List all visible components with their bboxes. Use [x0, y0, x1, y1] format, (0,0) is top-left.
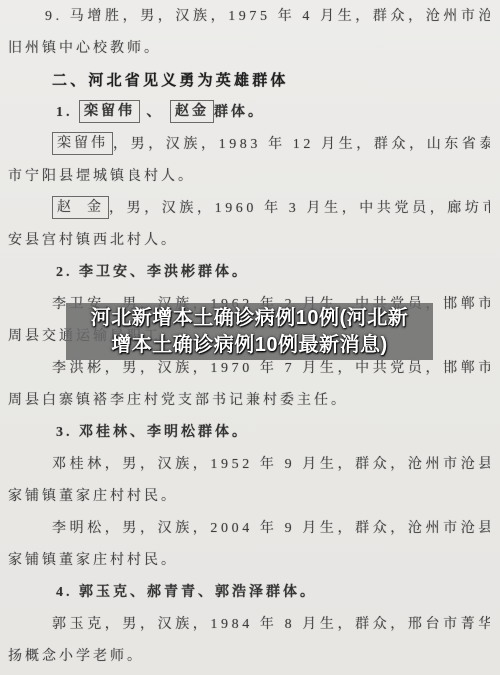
line-text: 4. 郭玉克、郝青青、郭浩泽群体。 — [56, 585, 317, 600]
document-line: 李明松，男，汉族，2004 年 9 月生，群众，沧州市沧县汪 — [8, 513, 490, 545]
document-line: 周县白寨镇褡李庄村党支部书记兼村委主任。 — [8, 385, 490, 417]
document-line: 9. 马增胜，男，汉族，1975 年 4 月生，群众，沧州市沧县 — [8, 1, 490, 33]
boxed-name: 赵 金 — [52, 196, 109, 219]
line-text: 2. 李卫安、李洪彬群体。 — [56, 265, 249, 280]
line-text: 3. 邓桂林、李明松群体。 — [56, 425, 249, 440]
line-text: 周县白寨镇褡李庄村党支部书记兼村委主任。 — [8, 393, 348, 408]
line-text: 群体。 — [214, 105, 265, 120]
line-text: 市宁阳县堽城镇良村人。 — [8, 169, 195, 184]
line-text: 李洪彬，男，汉族，1970 年 7 月生，中共党员，邯郸市曲 — [52, 361, 490, 376]
line-text: 9. 马增胜，男，汉族，1975 年 4 月生，群众，沧州市沧县 — [45, 9, 490, 24]
document-line: 郭玉克，男，汉族，1984 年 8 月生，群众，邢台市菁华浩 — [8, 609, 490, 641]
document-line: 4. 郭玉克、郝青青、郭浩泽群体。 — [8, 577, 490, 609]
boxed-name: 栾留伟 — [79, 100, 140, 123]
document-line: 旧州镇中心校教师。 — [8, 33, 490, 65]
line-text: 家铺镇董家庄村村民。 — [8, 553, 178, 568]
line-text: ，男，汉族，1983 年 12 月生，群众，山东省泰安 — [113, 137, 490, 152]
line-text: 旧州镇中心校教师。 — [8, 41, 161, 56]
line-text: 郭玉克，男，汉族，1984 年 8 月生，群众，邢台市菁华浩 — [52, 617, 490, 632]
document-line: 安县宫村镇西北村人。 — [8, 225, 490, 257]
line-text: 安县宫村镇西北村人。 — [8, 233, 178, 248]
boxed-name: 赵金 — [170, 100, 214, 123]
news-headline-line-2: 增本土确诊病例10例最新消息) — [111, 332, 387, 359]
line-text: 李明松，男，汉族，2004 年 9 月生，群众，沧州市沧县汪 — [52, 521, 490, 536]
line-text: 、 — [140, 105, 170, 120]
section-heading: 二、河北省见义勇为英雄群体 — [8, 65, 490, 97]
news-headline-line-1: 河北新增本土确诊病例10例(河北新 — [91, 305, 408, 332]
document-line: 栾留伟，男，汉族，1983 年 12 月生，群众，山东省泰安 — [8, 129, 490, 161]
document-line: 市宁阳县堽城镇良村人。 — [8, 161, 490, 193]
line-text: 二、河北省见义勇为英雄群体 — [52, 72, 289, 89]
document-line: 3. 邓桂林、李明松群体。 — [8, 417, 490, 449]
scanned-document-page: 9. 马增胜，男，汉族，1975 年 4 月生，群众，沧州市沧县旧州镇中心校教师… — [0, 0, 500, 675]
line-text: 家铺镇董家庄村村民。 — [8, 489, 178, 504]
line-text: ，男，汉族，1960 年 3 月生，中共党员，廊坊市固 — [109, 201, 490, 216]
boxed-name: 栾留伟 — [52, 132, 113, 155]
document-line: 邓桂林，男，汉族，1952 年 9 月生，群众，沧州市沧县汪 — [8, 449, 490, 481]
document-line: 扬概念小学老师。 — [8, 641, 490, 673]
document-line: 赵 金，男，汉族，1960 年 3 月生，中共党员，廊坊市固 — [8, 193, 490, 225]
line-text: 邓桂林，男，汉族，1952 年 9 月生，群众，沧州市沧县汪 — [52, 457, 490, 472]
document-line: 家铺镇董家庄村村民。 — [8, 545, 490, 577]
document-line: 2. 李卫安、李洪彬群体。 — [8, 257, 490, 289]
document-line: 家铺镇董家庄村村民。 — [8, 481, 490, 513]
line-text: 扬概念小学老师。 — [8, 649, 144, 664]
line-text: 1. — [56, 105, 79, 120]
document-line: 1. 栾留伟 、 赵金群体。 — [8, 97, 490, 129]
news-headline-overlay: 河北新增本土确诊病例10例(河北新 增本土确诊病例10例最新消息) — [66, 303, 433, 360]
